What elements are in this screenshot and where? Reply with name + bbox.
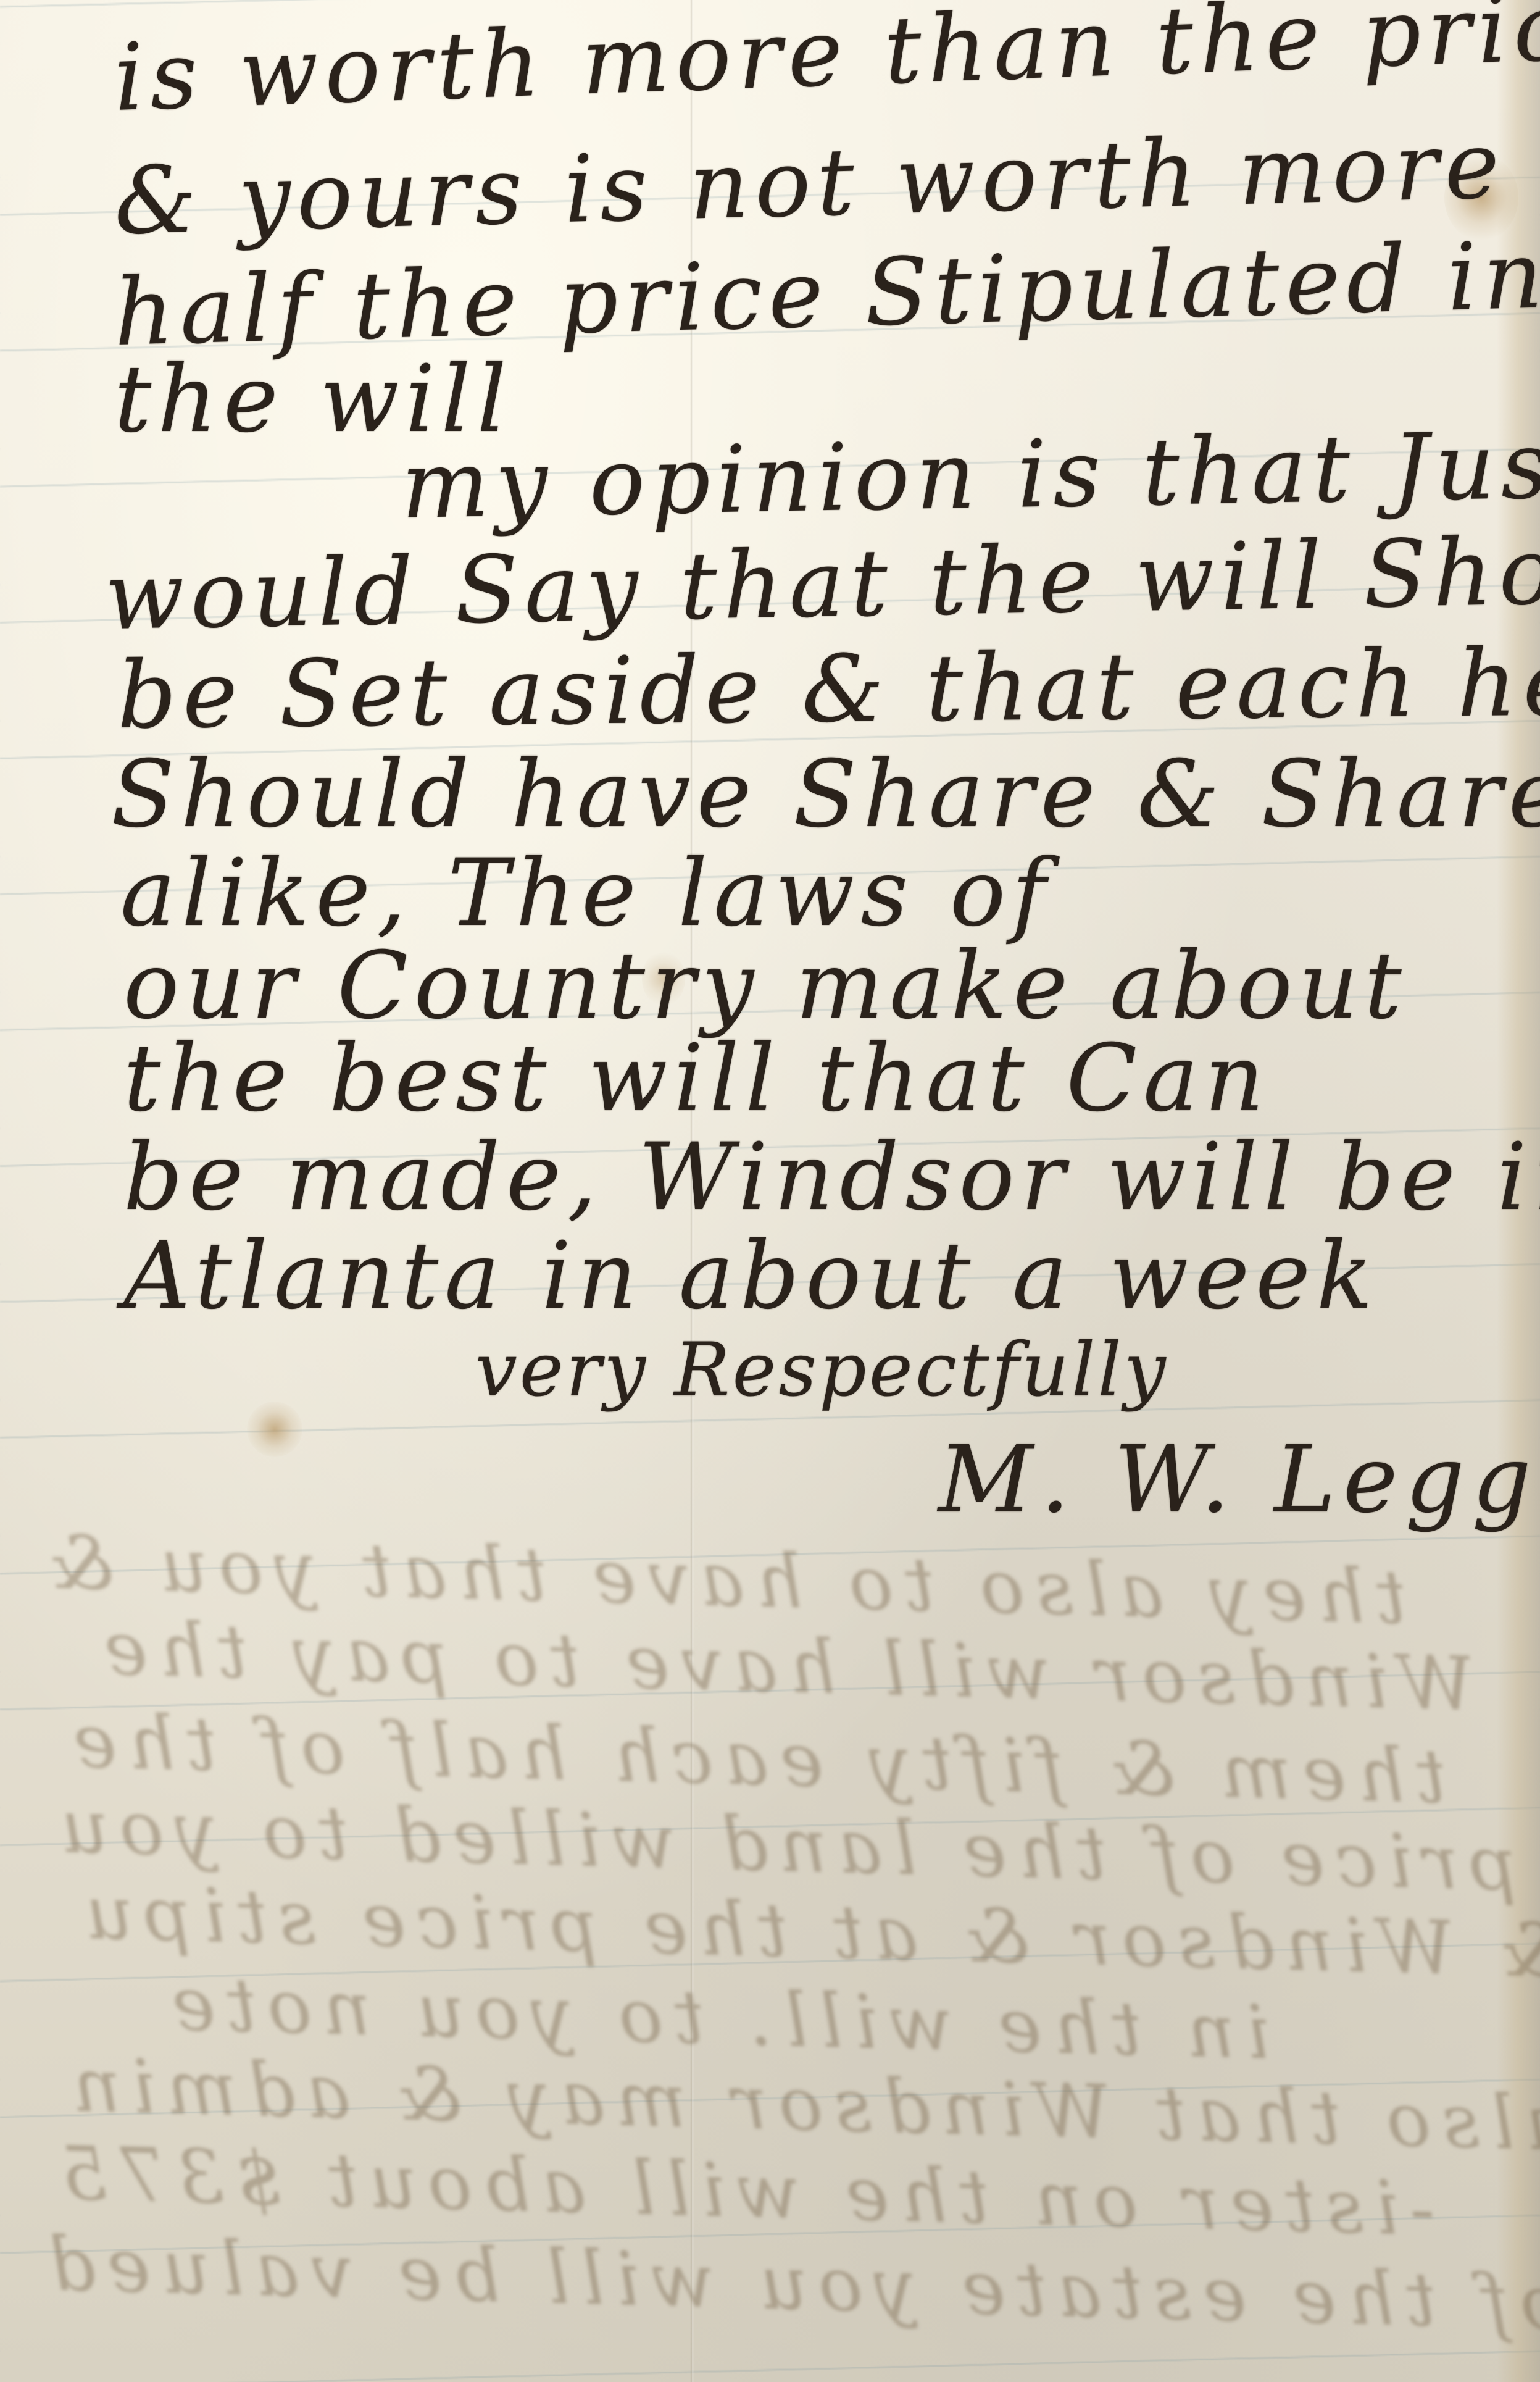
closing: very Respectfully	[475, 1327, 1168, 1413]
signature: M. W. Legg	[938, 1426, 1539, 1534]
letter-line: Atlanta in about a week	[123, 1222, 1379, 1330]
letter-line: is worth more than the price	[112, 0, 1540, 132]
letter-line: would Say that the will Should	[104, 515, 1540, 651]
letter-line: our Country make about	[123, 932, 1408, 1040]
letter-line: the best will that Can	[123, 1025, 1270, 1132]
letter-line: alike, The laws of	[120, 840, 1052, 947]
letter-body: is worth more than the price & yours is …	[0, 0, 1540, 1544]
letter-page: they also to have that you & Windsor wil…	[0, 0, 1540, 2382]
letter-line: be made, Windsor will be in	[123, 1124, 1540, 1231]
bleed-through-text: they also to have that you & Windsor wil…	[0, 1531, 1540, 2382]
letter-line: my opinion is that Justice	[400, 409, 1540, 540]
letter-line: Should have Share & Share	[111, 741, 1540, 848]
letter-line: be Set aside & that each heir	[117, 629, 1540, 750]
